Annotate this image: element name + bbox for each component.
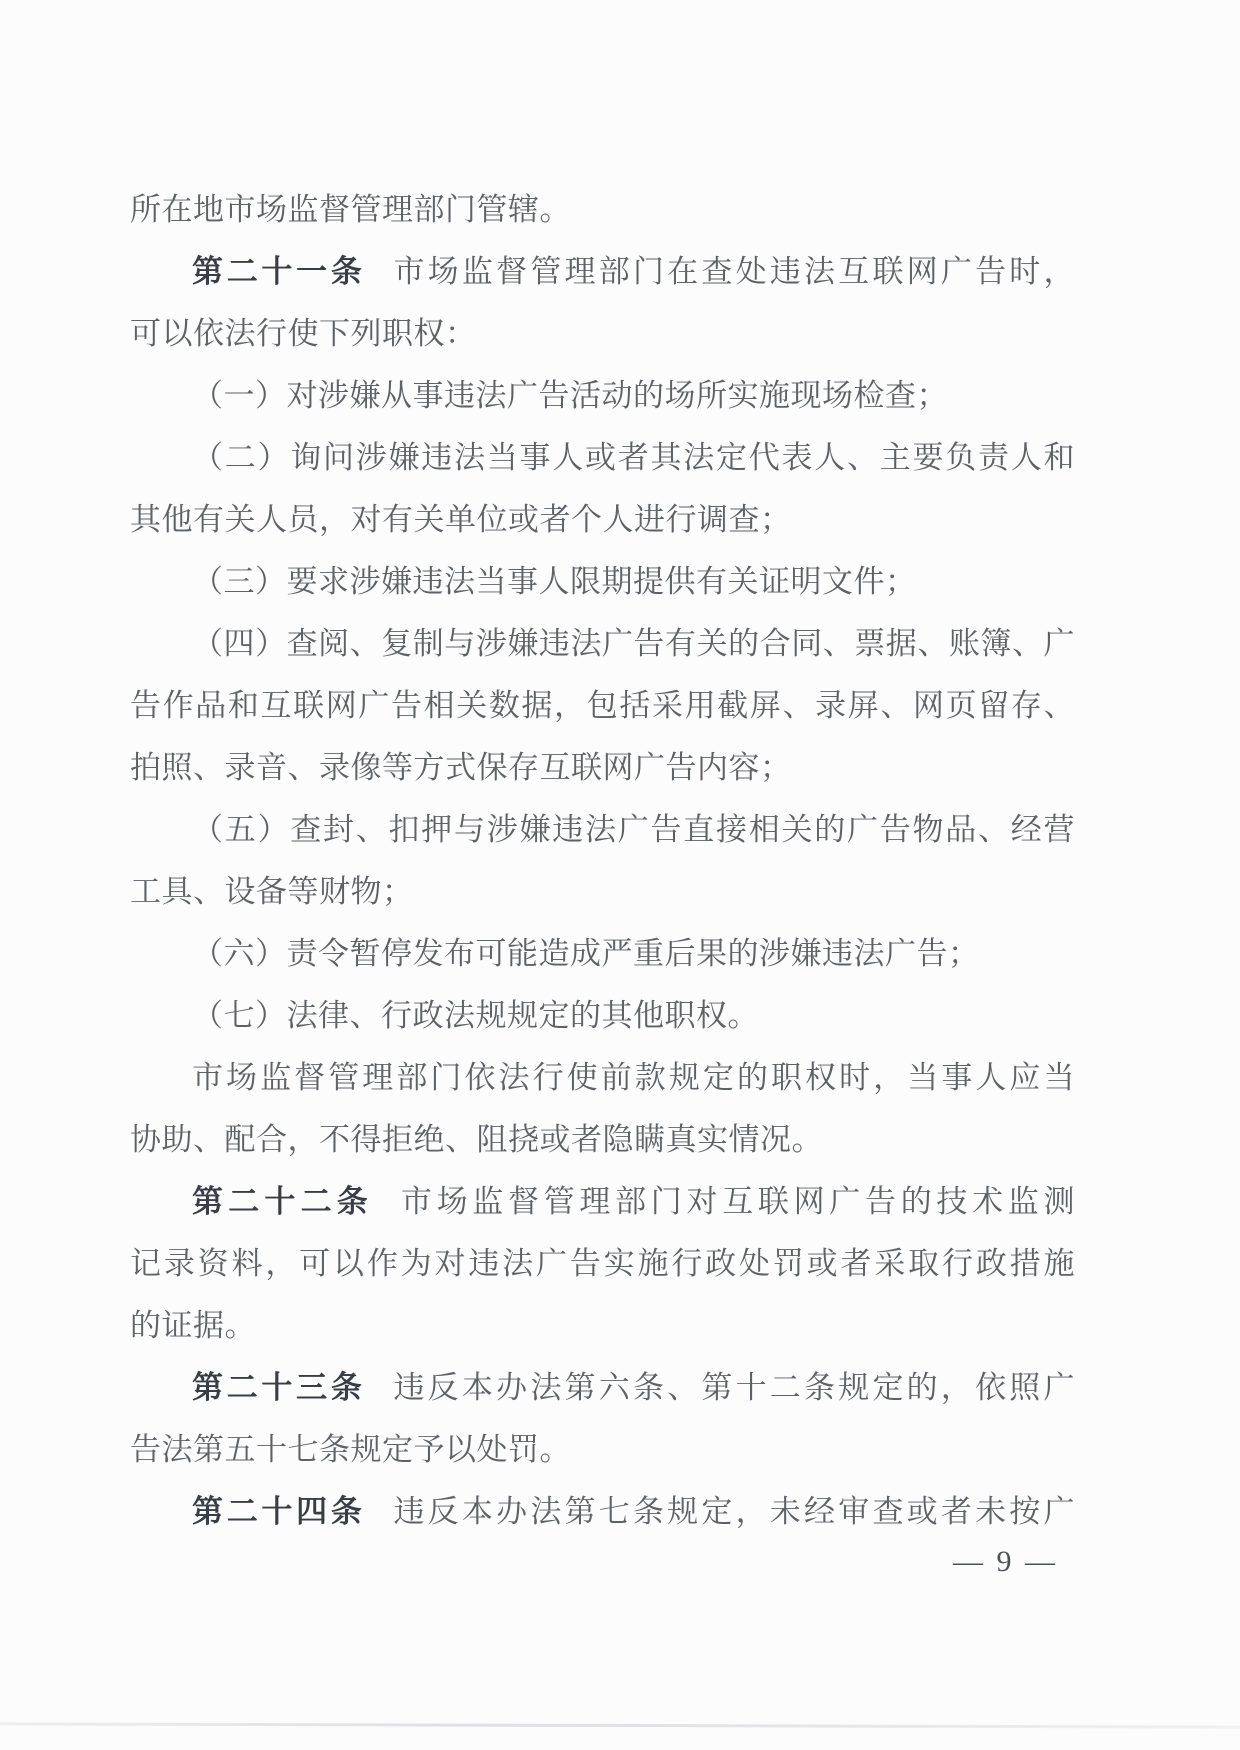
text-line: 协助、配合，不得拒绝、阻挠或者隐瞒真实情况。 (130, 1109, 1075, 1171)
text-line: 第二十二条市场监督管理部门对互联网广告的技术监测 (130, 1171, 1075, 1233)
line-text: 其他有关人员，对有关单位或者个人进行调查； (130, 502, 792, 537)
text-line: 工具、设备等财物； (130, 861, 1075, 923)
line-text: （一）对涉嫌从事违法广告活动的场所实施现场检查； (192, 378, 948, 413)
text-line: 拍照、录音、录像等方式保存互联网广告内容； (130, 737, 1075, 799)
document-body: 所在地市场监督管理部门管辖。第二十一条市场监督管理部门在查处违法互联网广告时，可… (130, 179, 1075, 1543)
scan-artifact-line (0, 1722, 1240, 1728)
line-text: 市场监督管理部门对互联网广告的技术监测 (401, 1184, 1075, 1219)
article-heading: 第二十四条 (192, 1494, 366, 1529)
line-text: （三）要求涉嫌违法当事人限期提供有关证明文件； (192, 564, 917, 599)
text-line: 的证据。 (130, 1295, 1075, 1357)
text-line: 告作品和互联网广告相关数据，包括采用截屏、录屏、网页留存、 (130, 675, 1075, 737)
text-line: 可以依法行使下列职权： (130, 303, 1075, 365)
line-text: （六）责令暂停发布可能造成严重后果的涉嫌违法广告； (192, 936, 980, 971)
line-text: 所在地市场监督管理部门管辖。 (130, 192, 571, 227)
line-text: 违反本办法第七条规定，未经审查或者未按广 (393, 1494, 1075, 1529)
text-line: （二）询问涉嫌违法当事人或者其法定代表人、主要负责人和 (130, 427, 1075, 489)
line-text: 告作品和互联网广告相关数据，包括采用截屏、录屏、网页留存、 (130, 688, 1075, 723)
line-text: 市场监督管理部门依法行使前款规定的职权时，当事人应当 (192, 1060, 1075, 1095)
text-line: （七）法律、行政法规规定的其他职权。 (130, 985, 1075, 1047)
text-line: 所在地市场监督管理部门管辖。 (130, 179, 1075, 241)
page-number: — 9 — (953, 1540, 1058, 1584)
text-line: 第二十三条违反本办法第六条、第十二条规定的，依照广 (130, 1357, 1075, 1419)
line-text: （七）法律、行政法规规定的其他职权。 (192, 998, 759, 1033)
line-text: 协助、配合，不得拒绝、阻挠或者隐瞒真实情况。 (130, 1122, 823, 1157)
text-line: 其他有关人员，对有关单位或者个人进行调查； (130, 489, 1075, 551)
article-heading: 第二十三条 (192, 1370, 366, 1405)
line-text: 告法第五十七条规定予以处罚。 (130, 1432, 571, 1467)
text-line: （三）要求涉嫌违法当事人限期提供有关证明文件； (130, 551, 1075, 613)
text-line: （四）查阅、复制与涉嫌违法广告有关的合同、票据、账簿、广 (130, 613, 1075, 675)
text-line: （五）查封、扣押与涉嫌违法广告直接相关的广告物品、经营 (130, 799, 1075, 861)
line-text: 工具、设备等财物； (130, 874, 414, 909)
line-text: 违反本办法第六条、第十二条规定的，依照广 (393, 1370, 1075, 1405)
line-text: 记录资料，可以作为对违法广告实施行政处罚或者采取行政措施 (130, 1246, 1075, 1281)
text-line: 市场监督管理部门依法行使前款规定的职权时，当事人应当 (130, 1047, 1075, 1109)
document-page: 所在地市场监督管理部门管辖。第二十一条市场监督管理部门在查处违法互联网广告时，可… (0, 0, 1240, 1750)
line-text: 可以依法行使下列职权： (130, 316, 477, 351)
line-text: （五）查封、扣押与涉嫌违法广告直接相关的广告物品、经营 (192, 812, 1075, 847)
article-heading: 第二十二条 (192, 1184, 373, 1219)
text-line: 第二十四条违反本办法第七条规定，未经审查或者未按广 (130, 1481, 1075, 1543)
line-text: 拍照、录音、录像等方式保存互联网广告内容； (130, 750, 792, 785)
line-text: 的证据。 (130, 1308, 256, 1343)
line-text: （四）查阅、复制与涉嫌违法广告有关的合同、票据、账簿、广 (192, 626, 1075, 661)
text-line: 记录资料，可以作为对违法广告实施行政处罚或者采取行政措施 (130, 1233, 1075, 1295)
text-line: 第二十一条市场监督管理部门在查处违法互联网广告时， (130, 241, 1075, 303)
article-heading: 第二十一条 (192, 254, 366, 289)
line-text: 市场监督管理部门在查处违法互联网广告时， (393, 254, 1075, 289)
text-line: 告法第五十七条规定予以处罚。 (130, 1419, 1075, 1481)
line-text: （二）询问涉嫌违法当事人或者其法定代表人、主要负责人和 (192, 440, 1075, 475)
text-line: （一）对涉嫌从事违法广告活动的场所实施现场检查； (130, 365, 1075, 427)
text-line: （六）责令暂停发布可能造成严重后果的涉嫌违法广告； (130, 923, 1075, 985)
